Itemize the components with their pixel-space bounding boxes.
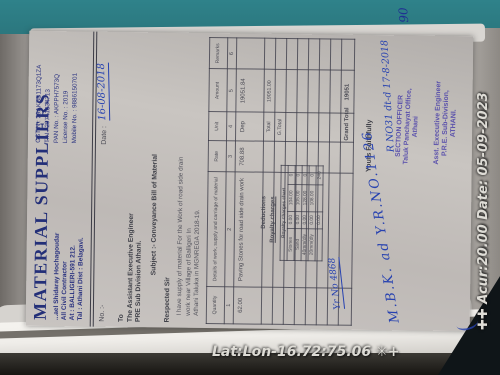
item-quantity: 62.00 xyxy=(233,287,261,325)
item-unit: Dep xyxy=(235,112,263,141)
salutation: Respected Sir xyxy=(164,277,172,322)
asst-executive-engineer-stamp: Asst. Executive Engineer P.R.E. Sub-Divi… xyxy=(433,81,460,165)
col-num-6: 6 xyxy=(227,38,236,70)
section-officer-stamp: SECTION OFFICER Taluk Panchayat Office, … xyxy=(394,88,421,165)
gtotal-label: G.Total xyxy=(274,113,285,142)
handwritten-reference: R NO31 dt-d 17-8-2018 xyxy=(379,40,396,153)
col-header-rate: Rate xyxy=(208,140,226,172)
letter-body: I have supply of material For the Work o… xyxy=(176,40,205,316)
date-label: Date : xyxy=(101,126,108,145)
deductions-label: Deductions xyxy=(261,196,267,229)
royalty-sum-blank xyxy=(315,229,322,261)
letterhead-proprietor-block: ...ael Shidaray Hochagoudar All Civil Co… xyxy=(53,233,86,321)
addressee-block: To The Assistant Executive Engineer PRE … xyxy=(118,213,145,322)
grand-total-label: Grand Total xyxy=(340,113,353,142)
col-num-1: 1 xyxy=(224,287,233,324)
item-amount: 19051.84 xyxy=(236,69,265,112)
royalty-sum-amt: 240 xyxy=(316,166,323,185)
item-details: Paving Stones for road side drain work xyxy=(234,172,263,287)
royalty-charges-label: Royalty charges xyxy=(270,196,277,242)
royalty-chart-table: Royalty charges chart Stones 0.00 104.00… xyxy=(280,165,324,262)
col-num-3: 3 xyxy=(226,141,235,173)
page-number-ink: 90 xyxy=(396,7,411,23)
bill-item-row: 62.00 Paving Stones for road side drain … xyxy=(233,38,264,324)
total-label: Total xyxy=(263,113,274,142)
royalty-sum-qty: 0.00 xyxy=(315,211,322,228)
letterhead-registration-block: GSTIN : 29AKBB1173Q1ZA TIN : 29741334713… xyxy=(34,65,80,144)
rotated-document: MATERIAL SUPPLIERS ...ael Shidaray Hocha… xyxy=(26,31,474,331)
item-remarks xyxy=(236,38,264,70)
bill-number-label: No. :- xyxy=(99,305,106,322)
total-value: 19051.00 xyxy=(264,70,276,113)
proprietor-district: Tal : Athani Dist : Belagavi. xyxy=(77,233,86,321)
gps-overlay-latlon: Lat:Lon-16.72:75.06 ✳+ xyxy=(212,344,399,360)
item-rate: 708.88 xyxy=(235,141,263,173)
col-header-amount: Amount xyxy=(209,69,228,112)
mobile-line: Mobile No. : 9886150701 xyxy=(70,65,80,143)
date-handwritten-value: 16-08-2018 xyxy=(96,63,110,121)
bill-document-paper: MATERIAL SUPPLIERS ...ael Shidaray Hocha… xyxy=(26,31,474,331)
col-header-quantity: Quantity xyxy=(206,286,224,323)
col-header-details: Details of work, supply and carriage of … xyxy=(207,172,226,287)
royalty-sum-row: 0.00 240 xyxy=(315,166,323,261)
gps-marker-icon: ✳+ xyxy=(376,344,399,360)
gps-overlay-accuracy-date: ✚✚ Acur:20.00 Date: 05-09-2023 xyxy=(476,0,491,330)
col-num-4: 4 xyxy=(226,112,235,141)
subject-line: Subject :- Conveyance Bill of Material xyxy=(150,154,158,275)
photo-scene: MATERIAL SUPPLIERS ...ael Shidaray Hocha… xyxy=(0,0,500,375)
col-header-remarks: Remarks xyxy=(209,38,227,70)
col-header-unit: Unit xyxy=(208,112,226,141)
addressee-office: PRE Sub Division Athani. xyxy=(135,213,145,322)
latlon-text: Lat:Lon-16.72:75.06 xyxy=(212,344,371,360)
royalty-sum-blank2 xyxy=(316,185,323,212)
